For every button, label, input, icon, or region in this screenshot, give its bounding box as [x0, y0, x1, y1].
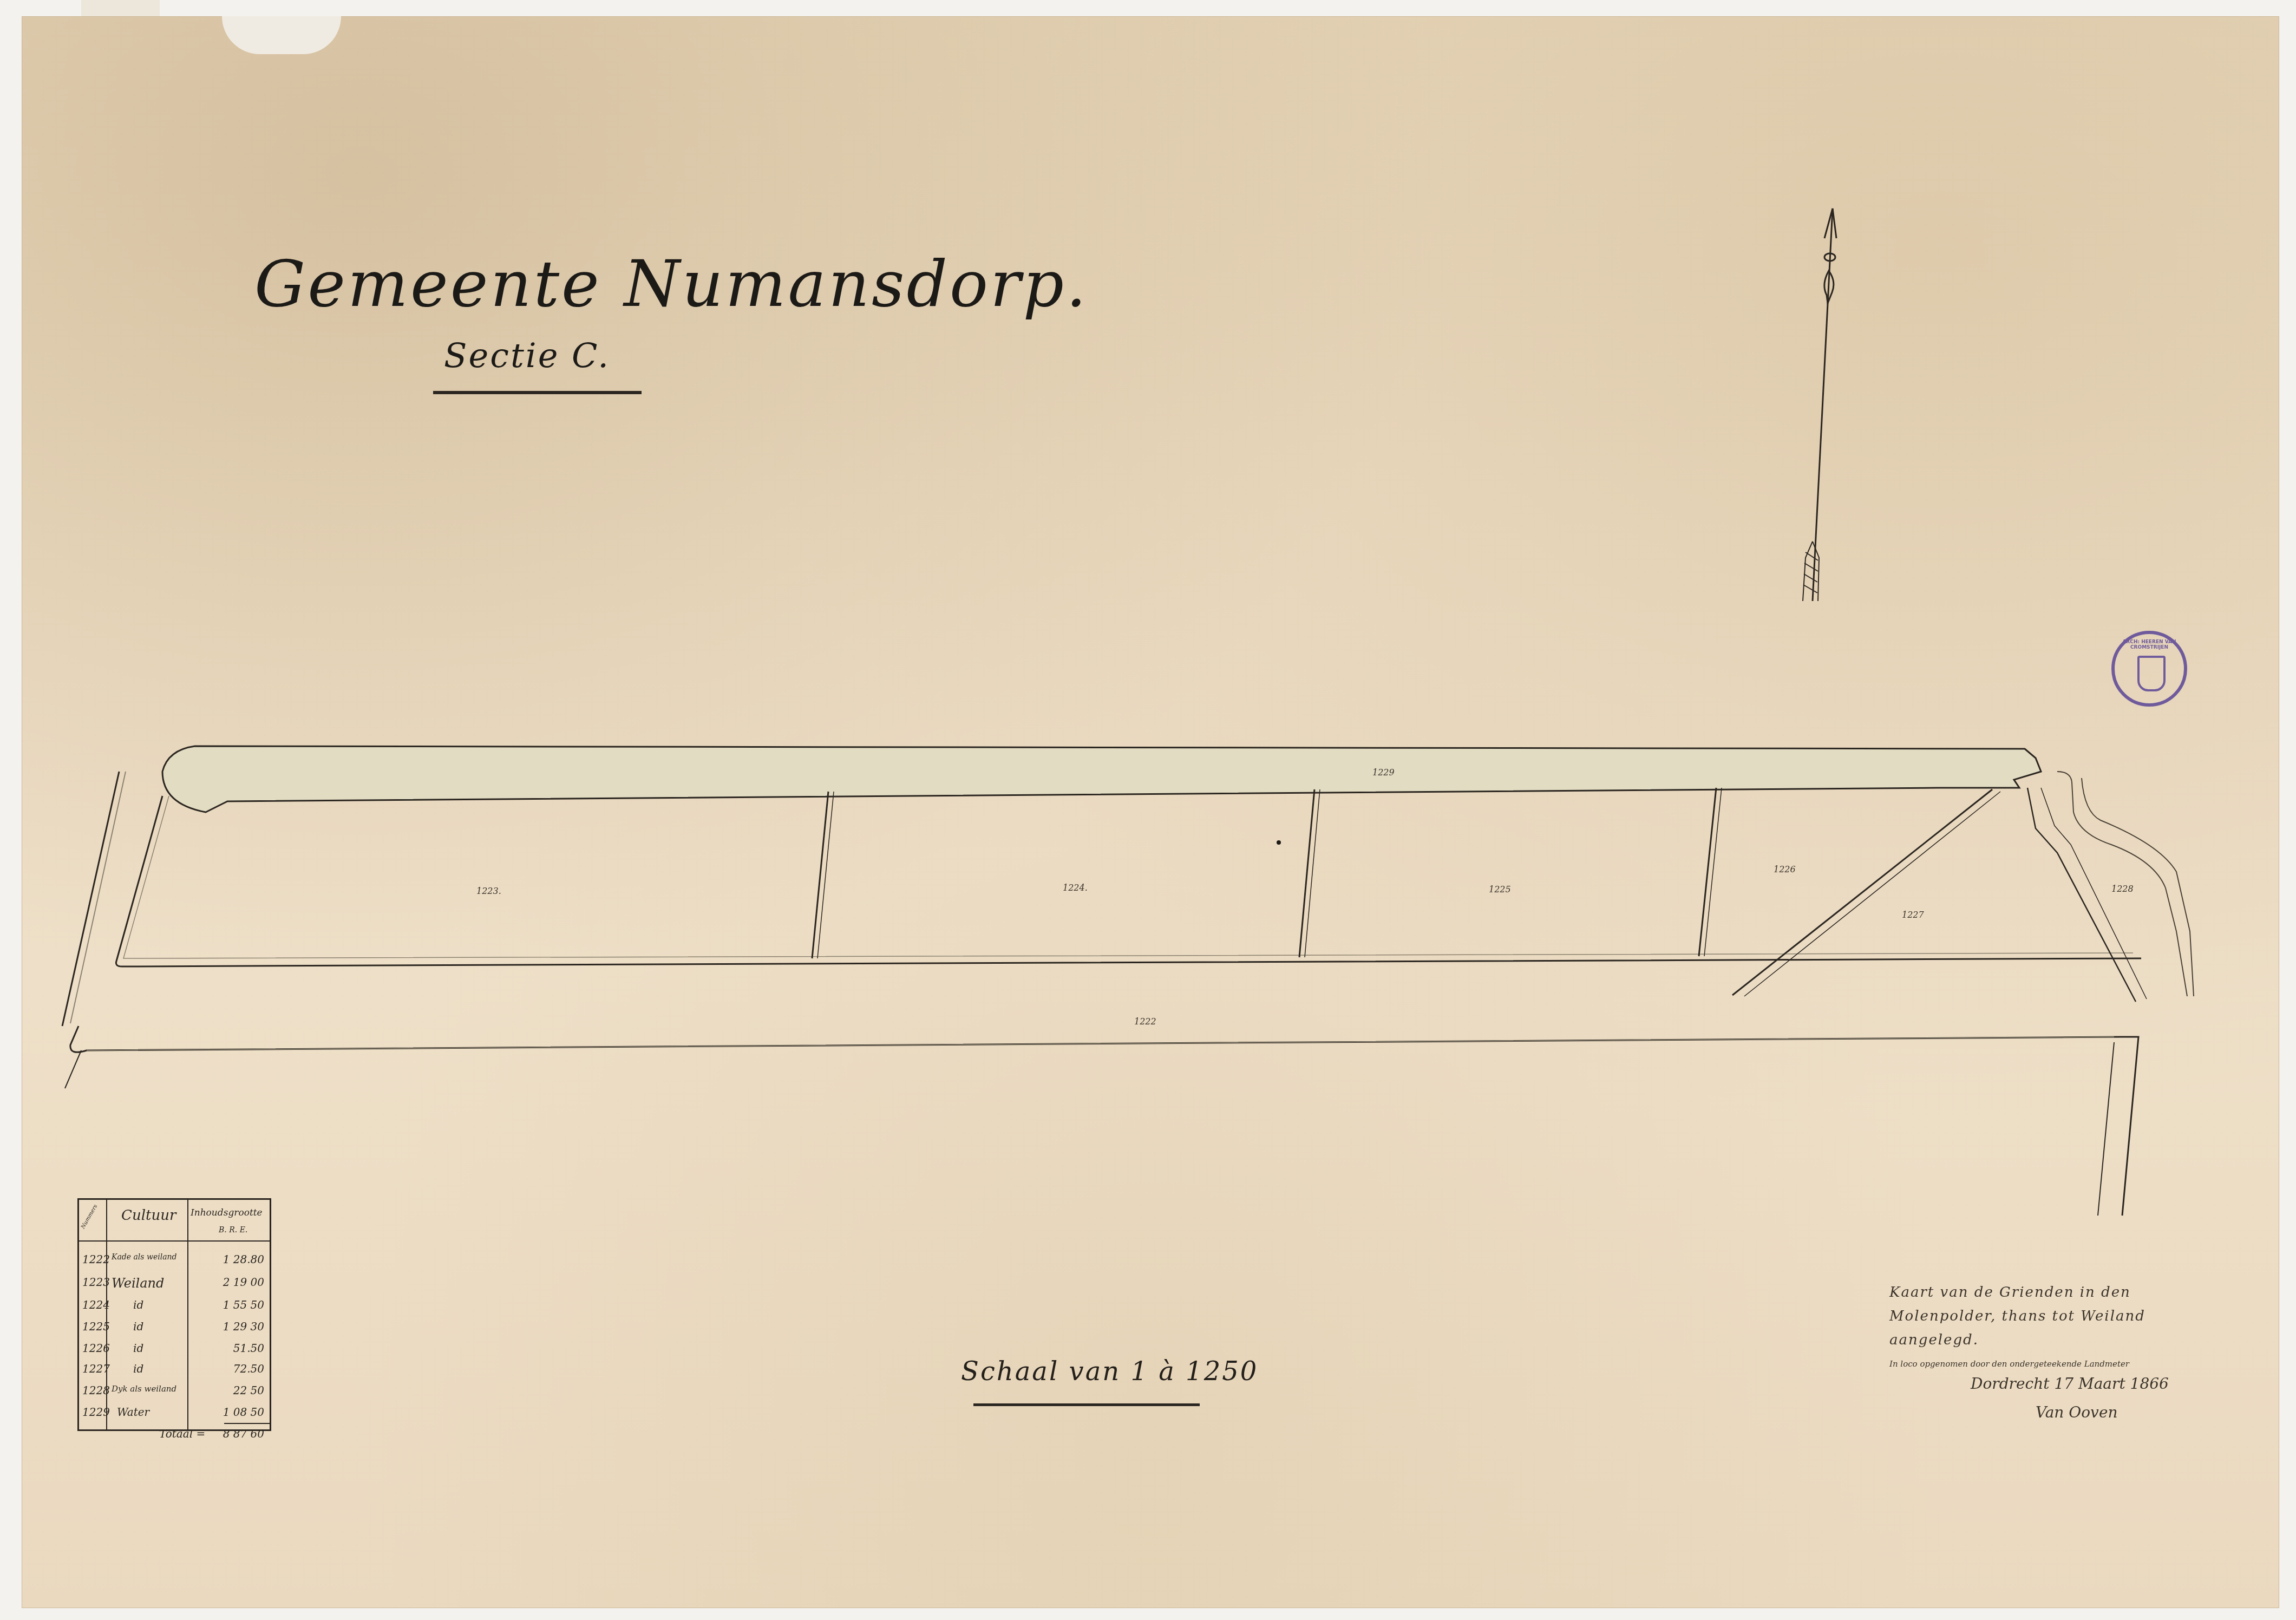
header-culture: Cultuur	[121, 1207, 176, 1224]
stamp-text: ARCH: HEEREN VAN CROMSTRIJEN	[2115, 639, 2184, 650]
table-row: 1224 id 1 55 50	[79, 1298, 270, 1322]
map-annotation: Kaart van de Grienden in den Molenpolder…	[1889, 1281, 2193, 1421]
total-value: 8 87 60	[223, 1427, 264, 1440]
parcel-table: Nummers Cultuur Inhoudsgrootte B. R. E. …	[77, 1198, 271, 1431]
parcel-label-1229: 1229	[1372, 767, 1395, 778]
parcel-1229	[162, 746, 2041, 812]
parcel-label-1226: 1226	[1774, 864, 1796, 874]
parcel-label-1223: 1223.	[476, 886, 501, 896]
table-row: 1228 Dyk als weiland 22 50	[79, 1384, 270, 1408]
parcel-1222	[65, 1026, 2138, 1216]
total-label: Totaal =	[159, 1427, 205, 1440]
table-row: 1223 Weiland 2 19 00	[79, 1276, 270, 1299]
archive-stamp: ARCH: HEEREN VAN CROMSTRIJEN	[2111, 631, 2187, 707]
parcel-label-1222: 1222	[1134, 1016, 1156, 1027]
header-units: B. R. E.	[219, 1226, 247, 1234]
annotation-place-date: Dordrecht 17 Maart 1866	[1971, 1375, 2193, 1393]
parcel-label-1228: 1228	[2111, 884, 2134, 894]
coat-of-arms-icon	[2137, 656, 2166, 691]
table-row: 1229 Water 1 08 50	[79, 1406, 270, 1429]
table-total-row: Totaal = 8 87 60	[79, 1427, 270, 1451]
table-row: 1227 id 72.50	[79, 1362, 270, 1386]
header-divider	[79, 1240, 270, 1242]
parcel-label-1225: 1225	[1489, 884, 1511, 894]
annotation-title: Kaart van de Grienden in den Molenpolder…	[1889, 1281, 2193, 1352]
table-row: 1225 id 1 29 30	[79, 1320, 270, 1344]
table-row: 1222 Kade als weiland 1 28.80	[79, 1253, 270, 1277]
scale-underline	[973, 1403, 1200, 1406]
parcel-boundaries	[116, 788, 2147, 1002]
map-scale: Schaal van 1 à 1250	[961, 1356, 1258, 1387]
header-area: Inhoudsgrootte	[191, 1207, 263, 1218]
total-rule	[224, 1423, 270, 1424]
north-arrow-icon	[1803, 208, 1836, 601]
header-number: Nummers	[80, 1204, 99, 1230]
surveyor-signature: Van Ooven	[2036, 1403, 2193, 1421]
parcel-label-1224: 1224.	[1063, 883, 1088, 893]
annotation-text: In loco opgenomen door den ondergeteeken…	[1889, 1357, 2193, 1370]
parcel-label-1227: 1227	[1902, 910, 1924, 920]
